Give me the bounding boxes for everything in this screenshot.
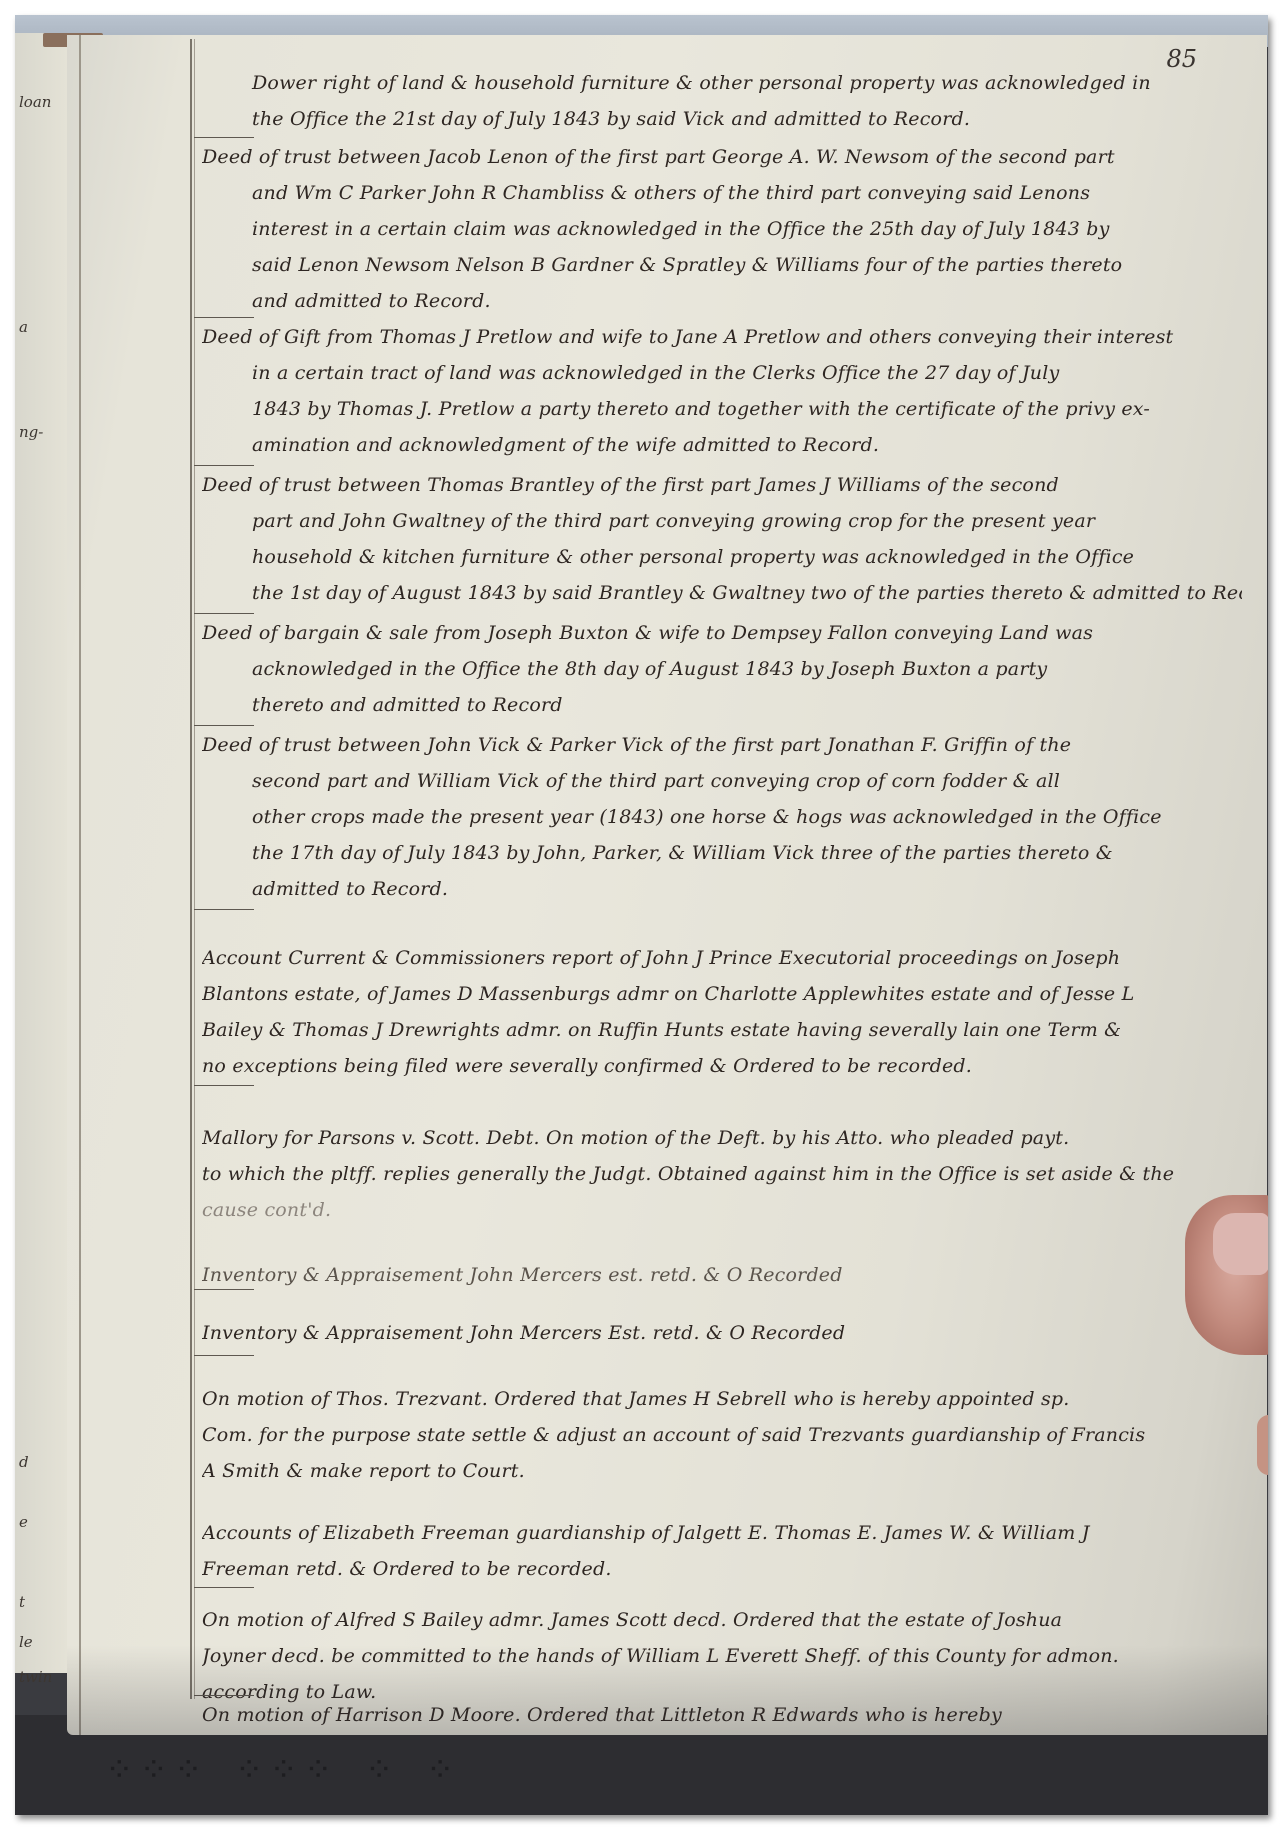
entry-divider — [194, 613, 254, 614]
left-page-fragment: le — [19, 1633, 33, 1651]
margin-rule-secondary — [194, 39, 195, 1699]
entry-line: Blantons estate, of James D Massenburgs … — [202, 976, 1242, 1012]
entry-line: said Lenon Newsom Nelson B Gardner & Spr… — [202, 247, 1242, 283]
record-entry-mallory-v-scott: Mallory for Parsons v. Scott. Debt. On m… — [202, 1120, 1242, 1228]
entry-line: interest in a certain claim was acknowle… — [202, 211, 1242, 247]
entry-divider — [194, 317, 254, 318]
entry-divider — [194, 1289, 254, 1290]
margin-rule — [190, 39, 192, 1699]
entry-divider — [194, 1085, 254, 1086]
record-entry-motion-trezvant: On motion of Thos. Trezvant. Ordered tha… — [202, 1381, 1242, 1489]
entry-line: second part and William Vick of the thir… — [202, 763, 1242, 799]
entry-line: and admitted to Record. — [202, 283, 1242, 319]
entry-divider — [194, 725, 254, 726]
record-entry-deed-gift-pretlow: Deed of Gift from Thomas J Pretlow and w… — [202, 319, 1242, 463]
entry-line: Deed of Gift from Thomas J Pretlow and w… — [202, 319, 1242, 355]
record-entry-dower: Dower right of land & household furnitur… — [202, 65, 1242, 137]
photo-frame: ⁘⁘⁘ ⁘⁘⁘ ⁘ ⁘ loan a ng- d e t le twin 85 … — [15, 15, 1268, 1815]
left-page-fragment: e — [19, 1513, 28, 1531]
entry-line: the Office the 21st day of July 1843 by … — [202, 101, 1242, 137]
entry-line: A Smith & make report to Court. — [202, 1453, 1242, 1489]
left-page-fragment: twin — [19, 1668, 52, 1686]
record-entry-deed-trust-vick: Deed of trust between John Vick & Parker… — [202, 727, 1242, 907]
entry-divider — [194, 1355, 254, 1356]
second-finger — [1257, 1415, 1268, 1475]
record-entry-inventory-mercer: Inventory & Appraisement John Mercers Es… — [202, 1315, 1242, 1351]
entry-line: Inventory & Appraisement John Mercers Es… — [202, 1315, 1242, 1351]
table-pattern: ⁘⁘⁘ ⁘⁘⁘ ⁘ ⁘ — [105, 1750, 460, 1790]
entry-divider — [194, 137, 254, 138]
record-entry-deed-bargain-buxton: Deed of bargain & sale from Joseph Buxto… — [202, 615, 1242, 723]
entry-line: Deed of trust between John Vick & Parker… — [202, 727, 1242, 763]
page-bottom-shadow — [67, 1645, 1267, 1735]
left-facing-page: loan a ng- d e t le twin — [15, 33, 69, 1673]
record-entry-inventory-mercer-faint: Inventory & Appraisement John Mercers es… — [202, 1257, 1242, 1293]
entry-line: Deed of bargain & sale from Joseph Buxto… — [202, 615, 1242, 651]
entry-line: admitted to Record. — [202, 871, 1242, 907]
entry-line: acknowledged in the Office the 8th day o… — [202, 651, 1242, 687]
left-page-fragment: ng- — [19, 423, 43, 441]
entry-line: in a certain tract of land was acknowled… — [202, 355, 1242, 391]
left-page-fragment: t — [19, 1593, 25, 1611]
entry-line: the 1st day of August 1843 by said Brant… — [202, 575, 1242, 611]
entry-line: Com. for the purpose state settle & adju… — [202, 1417, 1242, 1453]
entry-line: no exceptions being filed were severally… — [202, 1048, 1242, 1084]
entry-line: Deed of trust between Thomas Brantley of… — [202, 467, 1242, 503]
entry-line: Inventory & Appraisement John Mercers es… — [202, 1257, 1242, 1293]
record-entry-accounts-freeman: Accounts of Elizabeth Freeman guardiansh… — [202, 1515, 1242, 1587]
record-entry-deed-trust-lenon: Deed of trust between Jacob Lenon of the… — [202, 139, 1242, 319]
entry-line: Accounts of Elizabeth Freeman guardiansh… — [202, 1515, 1242, 1551]
record-entry-deed-trust-brantley: Deed of trust between Thomas Brantley of… — [202, 467, 1242, 611]
entry-line: On motion of Alfred S Bailey admr. James… — [202, 1602, 1242, 1638]
entry-line: and Wm C Parker John R Chambliss & other… — [202, 175, 1242, 211]
entry-divider — [194, 465, 254, 466]
entry-line: Deed of trust between Jacob Lenon of the… — [202, 139, 1242, 175]
left-page-fragment: a — [19, 318, 28, 336]
entry-line: Account Current & Commissioners report o… — [202, 940, 1242, 976]
entry-line: household & kitchen furniture & other pe… — [202, 539, 1242, 575]
gutter-fold — [79, 35, 81, 1735]
entry-line: to which the pltff. replies generally th… — [202, 1156, 1242, 1192]
entry-line: cause cont'd. — [202, 1192, 1242, 1228]
entry-line: other crops made the present year (1843)… — [202, 799, 1242, 835]
ledger-page: 85 Dower right of land & household furni… — [67, 35, 1267, 1735]
entry-line: 1843 by Thomas J. Pretlow a party theret… — [202, 391, 1242, 427]
entry-line: Dower right of land & household furnitur… — [202, 65, 1242, 101]
entry-line: On motion of Thos. Trezvant. Ordered tha… — [202, 1381, 1242, 1417]
left-page-fragment: d — [19, 1453, 29, 1471]
thumbnail-nail — [1213, 1213, 1268, 1275]
entry-line: Bailey & Thomas J Drewrights admr. on Ru… — [202, 1012, 1242, 1048]
entry-line: the 17th day of July 1843 by John, Parke… — [202, 835, 1242, 871]
entry-divider — [194, 1587, 254, 1588]
entry-line: thereto and admitted to Record — [202, 687, 1242, 723]
entry-line: Mallory for Parsons v. Scott. Debt. On m… — [202, 1120, 1242, 1156]
entry-line: part and John Gwaltney of the third part… — [202, 503, 1242, 539]
left-page-fragment: loan — [19, 93, 51, 111]
entry-line: amination and acknowledgment of the wife… — [202, 427, 1242, 463]
record-entry-account-current: Account Current & Commissioners report o… — [202, 940, 1242, 1084]
entry-line: Freeman retd. & Ordered to be recorded. — [202, 1551, 1242, 1587]
entry-divider — [194, 909, 254, 910]
